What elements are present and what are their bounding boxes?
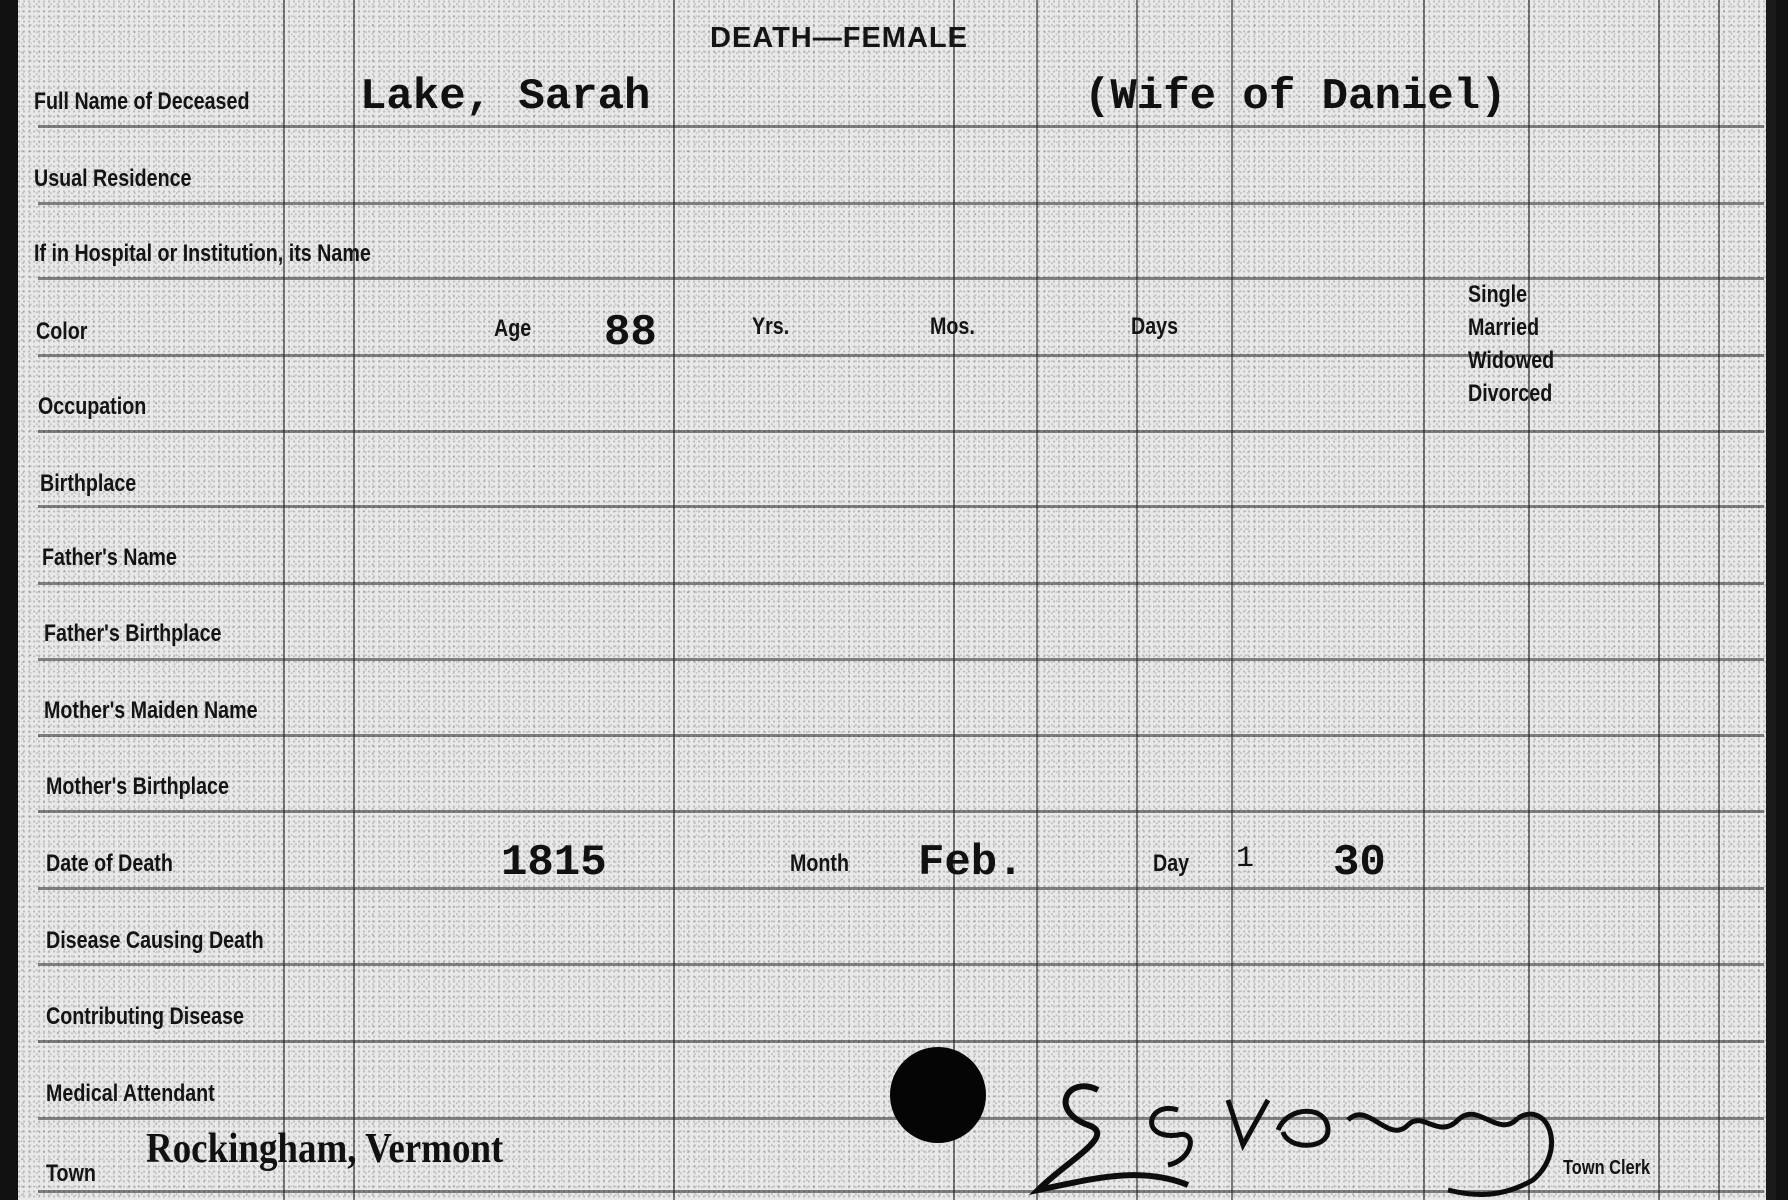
label-contributing-disease: Contributing Disease — [46, 1003, 244, 1031]
value-town: Rockingham, Vermont — [146, 1125, 503, 1173]
rule-line — [38, 582, 1764, 585]
label-color: Color — [36, 318, 87, 346]
value-age: 88 — [604, 308, 657, 358]
rule-line — [38, 125, 1764, 128]
rule-line — [38, 810, 1764, 813]
punch-hole — [890, 1047, 986, 1143]
label-disease-causing-death: Disease Causing Death — [46, 927, 264, 955]
rule-line — [38, 430, 1764, 433]
value-relation: (Wife of Daniel) — [1084, 72, 1506, 122]
form-title: DEATH—FEMALE — [710, 22, 968, 55]
rule-line — [38, 505, 1764, 508]
marital-single: Single — [1468, 278, 1554, 311]
column-line — [1036, 0, 1038, 1200]
rule-line — [38, 887, 1764, 890]
rule-line — [38, 202, 1764, 205]
column-line — [673, 0, 675, 1200]
label-town: Town — [46, 1160, 96, 1188]
label-yrs: Yrs. — [752, 313, 789, 341]
label-mos: Mos. — [930, 313, 975, 341]
value-death-year: 1815 — [501, 838, 607, 888]
label-mothers-birthplace: Mother's Birthplace — [46, 773, 229, 801]
death-record-card: DEATH—FEMALE Full Name of Deceased Usual… — [18, 0, 1776, 1200]
label-month: Month — [790, 850, 849, 878]
column-line — [353, 0, 355, 1200]
value-death-day: 30 — [1333, 838, 1386, 888]
label-birthplace: Birthplace — [40, 470, 136, 498]
marital-married: Married — [1468, 311, 1554, 344]
rule-line — [38, 1040, 1764, 1043]
column-line — [1136, 0, 1138, 1200]
rule-line — [38, 658, 1764, 661]
column-line — [1528, 0, 1530, 1200]
label-usual-residence: Usual Residence — [34, 165, 192, 193]
card-edge — [1766, 0, 1776, 1200]
label-occupation: Occupation — [38, 393, 146, 421]
label-medical-attendant: Medical Attendant — [46, 1080, 215, 1108]
label-fathers-name: Father's Name — [42, 544, 177, 572]
column-line — [1658, 0, 1660, 1200]
column-line — [953, 0, 955, 1200]
label-days: Days — [1131, 313, 1178, 341]
column-line — [283, 0, 285, 1200]
clerk-signature-icon — [1028, 1070, 1768, 1200]
value-death-day-mark: 1 — [1236, 842, 1254, 876]
label-date-of-death: Date of Death — [46, 850, 173, 878]
label-day: Day — [1153, 850, 1189, 878]
marital-status-options: Single Married Widowed Divorced — [1468, 278, 1573, 410]
column-line — [1231, 0, 1233, 1200]
column-line — [1423, 0, 1425, 1200]
label-mothers-maiden-name: Mother's Maiden Name — [44, 697, 258, 725]
marital-divorced: Divorced — [1468, 377, 1554, 410]
marital-widowed: Widowed — [1468, 344, 1554, 377]
value-death-month: Feb. — [918, 838, 1024, 888]
label-hospital: If in Hospital or Institution, its Name — [34, 240, 371, 268]
rule-line — [38, 734, 1764, 737]
label-fathers-birthplace: Father's Birthplace — [44, 620, 221, 648]
rule-line — [38, 963, 1764, 966]
value-full-name: Lake, Sarah — [360, 72, 650, 122]
column-line — [1718, 0, 1720, 1200]
label-full-name: Full Name of Deceased — [34, 88, 249, 116]
label-age: Age — [494, 315, 531, 343]
